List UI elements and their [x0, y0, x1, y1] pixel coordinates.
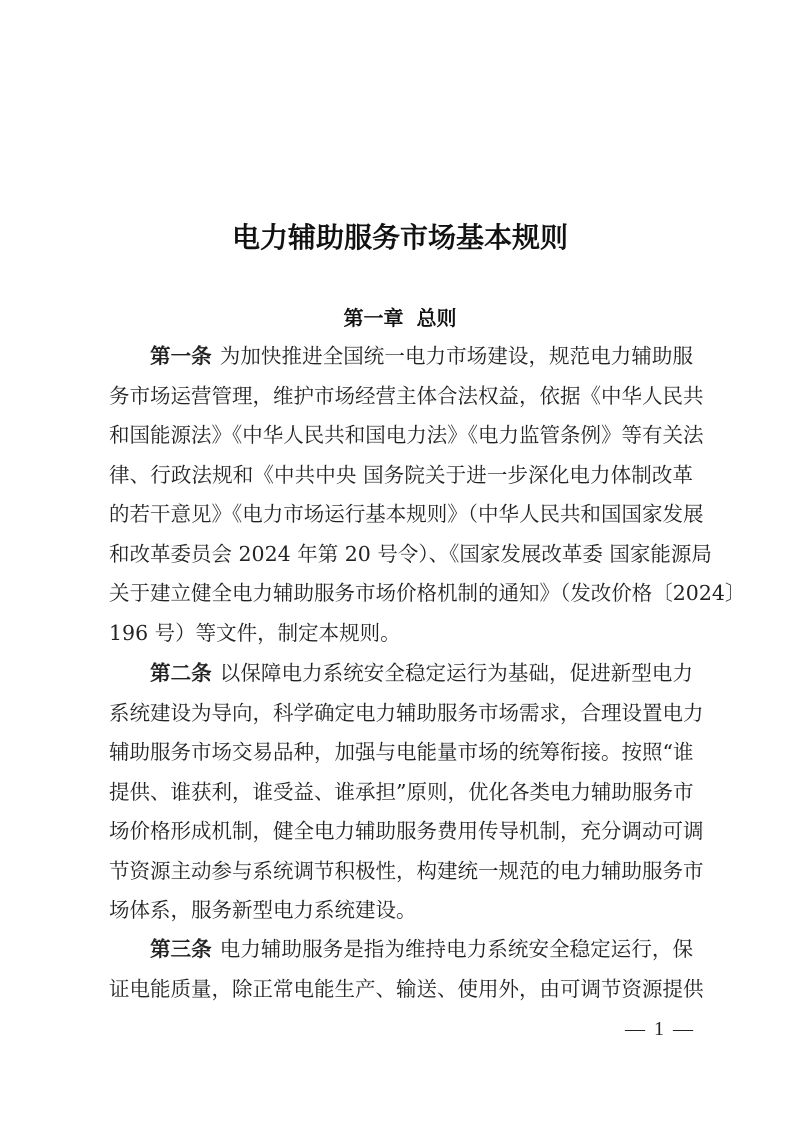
article-3-line-1: 第三条电力辅助服务是指为维持电力系统安全稳定运行，保: [109, 930, 693, 970]
article-3: 第三条电力辅助服务是指为维持电力系统安全稳定运行，保 证电能质量，除正常电能生产…: [109, 930, 693, 1009]
article-2-line-6: 节资源主动参与系统调节积极性，构建统一规范的电力辅助服务市: [109, 852, 693, 892]
article-1-line-1: 第一条为加快推进全国统一电力市场建设，规范电力辅助服: [109, 337, 693, 377]
article-2-line-2: 系统建设为导向，科学确定电力辅助服务市场需求，合理设置电力: [109, 694, 693, 734]
document-page: 电力辅助服务市场基本规则 第一章 总则 第一条为加快推进全国统一电力市场建设，规…: [0, 0, 800, 1131]
article-text: 为加快推进全国统一电力市场建设，规范电力辅助服: [220, 344, 693, 368]
article-2-line-7: 场体系，服务新型电力系统建设。: [109, 891, 693, 931]
article-2-line-1: 第二条以保障电力系统安全稳定运行为基础，促进新型电力: [109, 654, 693, 694]
article-number: 第一条: [150, 344, 212, 368]
article-2-line-5: 场价格形成机制，健全电力辅助服务费用传导机制，充分调动可调: [109, 812, 693, 852]
article-2-line-3: 辅助服务市场交易品种，加强与电能量市场的统筹衔接。按照“谁: [109, 733, 693, 773]
article-1-line-7: 关于建立健全电力辅助服务市场价格机制的通知》（发改价格〔2024〕: [109, 574, 693, 614]
article-number: 第二条: [150, 661, 212, 685]
article-1: 第一条为加快推进全国统一电力市场建设，规范电力辅助服 务市场运营管理，维护市场经…: [109, 337, 693, 653]
article-2-line-4: 提供、谁获利，谁受益、谁承担”原则，优化各类电力辅助服务市: [109, 773, 693, 813]
article-1-line-3: 和国能源法》《中华人民共和国电力法》《电力监管条例》等有关法: [109, 416, 693, 456]
article-1-line-5: 的若干意见》《电力市场运行基本规则》（中华人民共和国国家发展: [109, 495, 693, 535]
article-1-line-8: 196 号）等文件，制定本规则。: [109, 614, 693, 654]
article-1-line-4: 律、行政法规和《中共中央 国务院关于进一步深化电力体制改革: [109, 456, 693, 496]
article-2: 第二条以保障电力系统安全稳定运行为基础，促进新型电力 系统建设为导向，科学确定电…: [109, 654, 693, 931]
article-text: 以保障电力系统安全稳定运行为基础，促进新型电力: [220, 661, 693, 685]
article-text: 电力辅助服务是指为维持电力系统安全稳定运行，保: [220, 937, 693, 961]
article-3-line-2: 证电能质量，除正常电能生产、输送、使用外，由可调节资源提供: [109, 970, 693, 1010]
article-1-line-6: 和改革委员会 2024 年第 20 号令）、《国家发展改革委 国家能源局: [109, 535, 693, 575]
page-number: — 1 —: [620, 1018, 700, 1041]
article-1-line-2: 务市场运营管理，维护市场经营主体合法权益，依据《中华人民共: [109, 377, 693, 417]
document-title: 电力辅助服务市场基本规则: [0, 218, 800, 258]
chapter-heading: 第一章 总则: [0, 303, 800, 333]
article-number: 第三条: [150, 937, 212, 961]
